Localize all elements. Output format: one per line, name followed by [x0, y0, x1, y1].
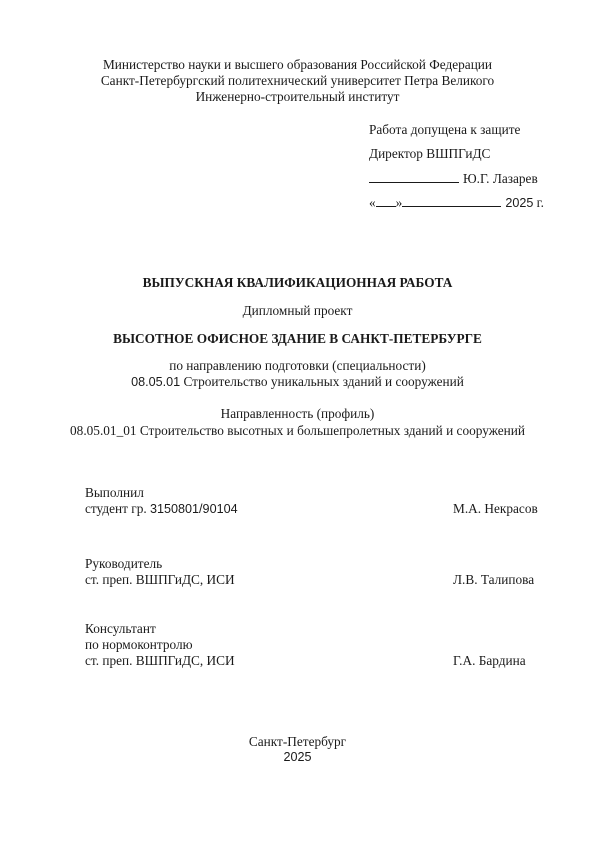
specialty-line: 08.05.01 Строительство уникальных зданий… [0, 374, 595, 390]
date-close-quote: » [396, 195, 403, 210]
author-position: студент гр. 3150801/90104 [85, 501, 238, 517]
supervisor-position: ст. преп. ВШПГиДС, ИСИ [85, 572, 235, 588]
author-role: Выполнил [85, 485, 144, 501]
profile-label: Направленность (профиль) [0, 406, 595, 422]
signature-line [369, 182, 459, 183]
ministry-line: Министерство науки и высшего образования… [0, 57, 595, 73]
institute-line: Инженерно-строительный институт [0, 89, 595, 105]
consultant-role: Консультант [85, 621, 156, 637]
approval-admitted: Работа допущена к защите [369, 122, 520, 138]
specialty-name: Строительство уникальных зданий и сооруж… [180, 374, 464, 389]
approval-date-row: «»2025 г. [369, 195, 544, 211]
author-name: М.А. Некрасов [453, 501, 538, 517]
consultant-role-line2: по нормоконтролю [85, 637, 193, 653]
author-position-prefix: студент гр. [85, 501, 150, 516]
consultant-name: Г.А. Бардина [453, 653, 526, 669]
specialty-code: 08.05.01 [131, 375, 180, 389]
supervisor-role: Руководитель [85, 556, 162, 572]
footer-city: Санкт-Петербург [0, 734, 595, 750]
approval-signature-row: Ю.Г. Лазарев [369, 171, 538, 187]
consultant-position: ст. преп. ВШПГиДС, ИСИ [85, 653, 235, 669]
profile-text: 08.05.01_01 Строительство высотных и бол… [0, 423, 595, 439]
topic-title: ВЫСОТНОЕ ОФИСНОЕ ЗДАНИЕ В САНКТ-ПЕТЕРБУР… [0, 331, 595, 347]
date-day-blank [376, 206, 396, 207]
footer-year: 2025 [0, 750, 595, 764]
project-type: Дипломный проект [0, 303, 595, 319]
author-group: 3150801/90104 [150, 502, 238, 516]
date-month-blank [402, 206, 501, 207]
specialty-label: по направлению подготовки (специальности… [0, 358, 595, 374]
approval-year: 2025 [505, 196, 533, 210]
supervisor-name: Л.В. Талипова [453, 572, 534, 588]
approval-position: Директор ВШПГиДС [369, 146, 490, 162]
director-name: Ю.Г. Лазарев [463, 171, 538, 186]
work-type-title: ВЫПУСКНАЯ КВАЛИФИКАЦИОННАЯ РАБОТА [0, 275, 595, 291]
date-open-quote: « [369, 195, 376, 210]
university-line: Санкт-Петербургский политехнический унив… [0, 73, 595, 89]
approval-year-suffix: г. [533, 195, 544, 210]
